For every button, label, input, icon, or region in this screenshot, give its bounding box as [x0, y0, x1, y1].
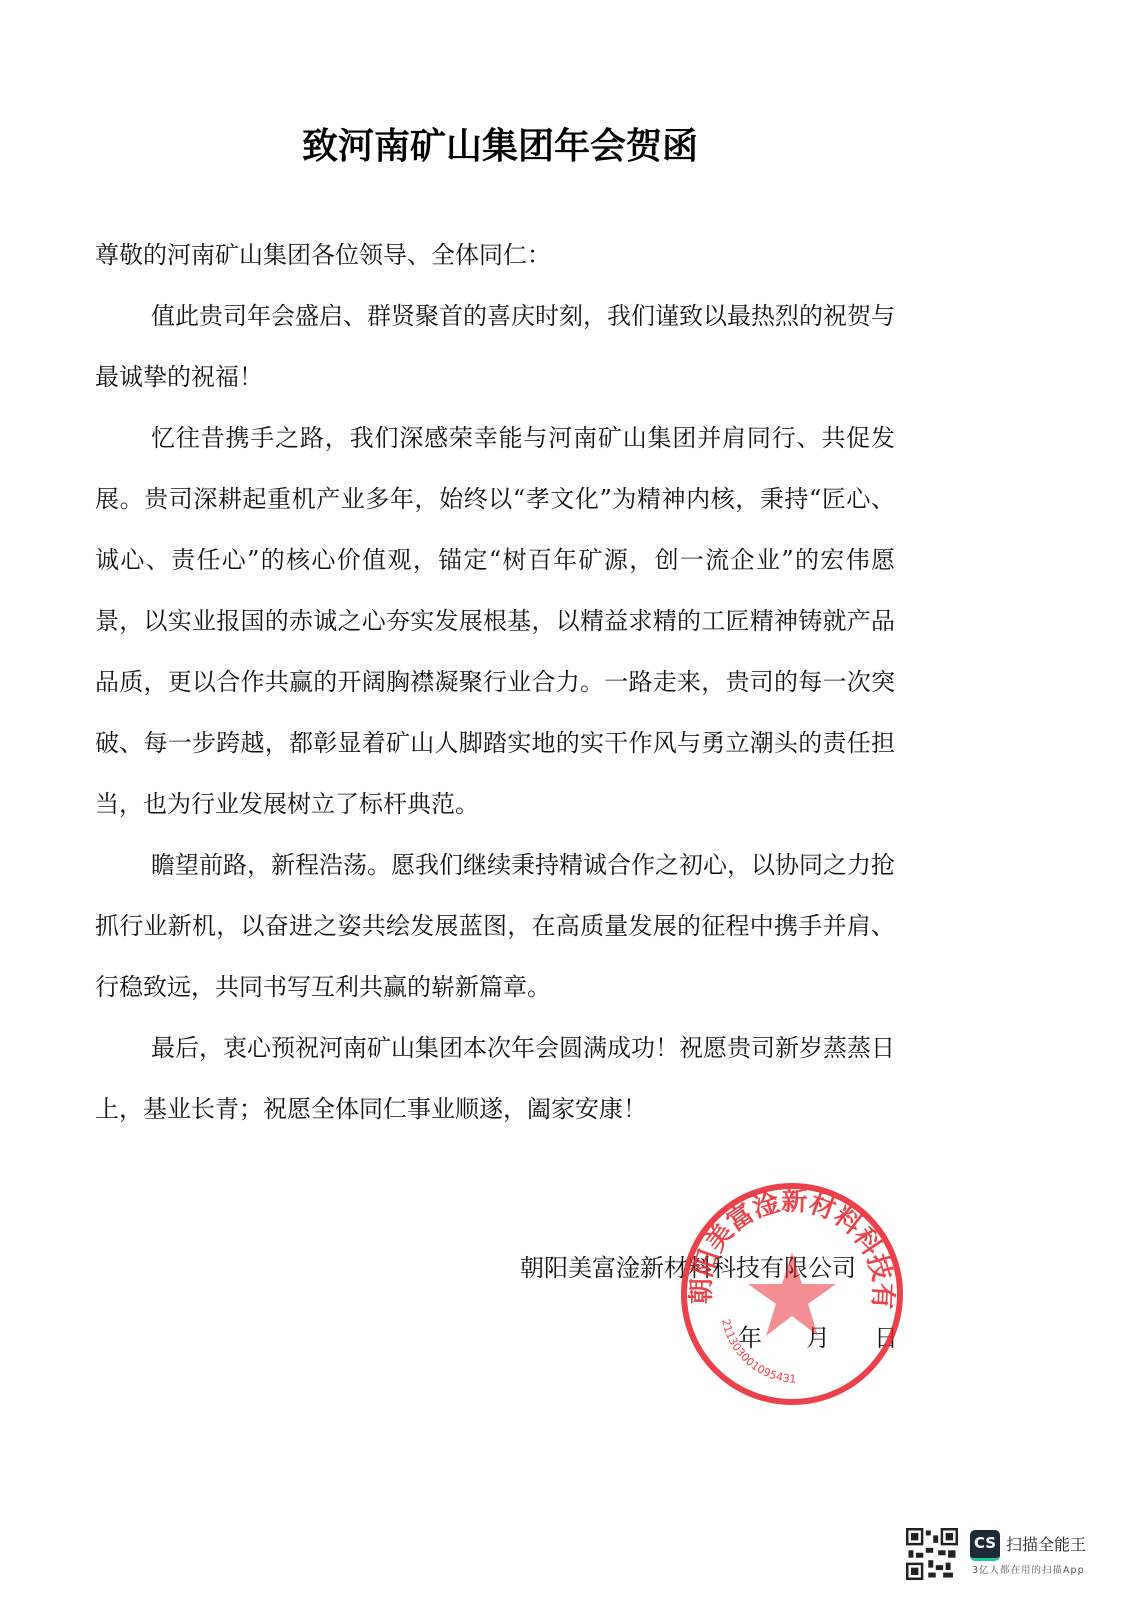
app-name: 扫描全能王: [1006, 1532, 1086, 1555]
seal-code: 2113030010954З1: [719, 1318, 797, 1386]
letter-body: 尊敬的河南矿山集团各位领导、全体同仁： 值此贵司年会盛启、群贤聚首的喜庆时刻，我…: [95, 225, 895, 1140]
paragraph-1: 值此贵司年会盛启、群贤聚首的喜庆时刻，我们谨致以最热烈的祝贺与最诚挚的祝福！: [95, 286, 895, 408]
document-title: 致河南矿山集团年会贺函: [0, 118, 1000, 169]
paragraph-2: 忆往昔携手之路，我们深感荣幸能与河南矿山集团并肩同行、共促发展。贵司深耕起重机产…: [95, 408, 895, 835]
paragraph-4: 最后，衷心预祝河南矿山集团本次年会圆满成功！祝愿贵司新岁蒸蒸日上，基业长青；祝愿…: [95, 1018, 895, 1140]
salutation: 尊敬的河南矿山集团各位领导、全体同仁：: [95, 225, 895, 286]
paragraph-3: 瞻望前路，新程浩荡。愿我们继续秉持精诚合作之初心，以协同之力抢抓行业新机，以奋进…: [95, 835, 895, 1018]
app-tagline: 3亿人都在用的扫描App: [972, 1562, 1085, 1576]
company-seal-icon: 朝阳美富淦新材料科技有限公司 2113030010954З1: [678, 1180, 906, 1408]
qr-code-icon: [906, 1528, 958, 1580]
camscanner-logo-icon: CS: [970, 1530, 1000, 1561]
svg-text:2113030010954З1: 2113030010954З1: [719, 1318, 797, 1386]
scanner-watermark: CS 扫描全能王 3亿人都在用的扫描App: [906, 1528, 1116, 1583]
